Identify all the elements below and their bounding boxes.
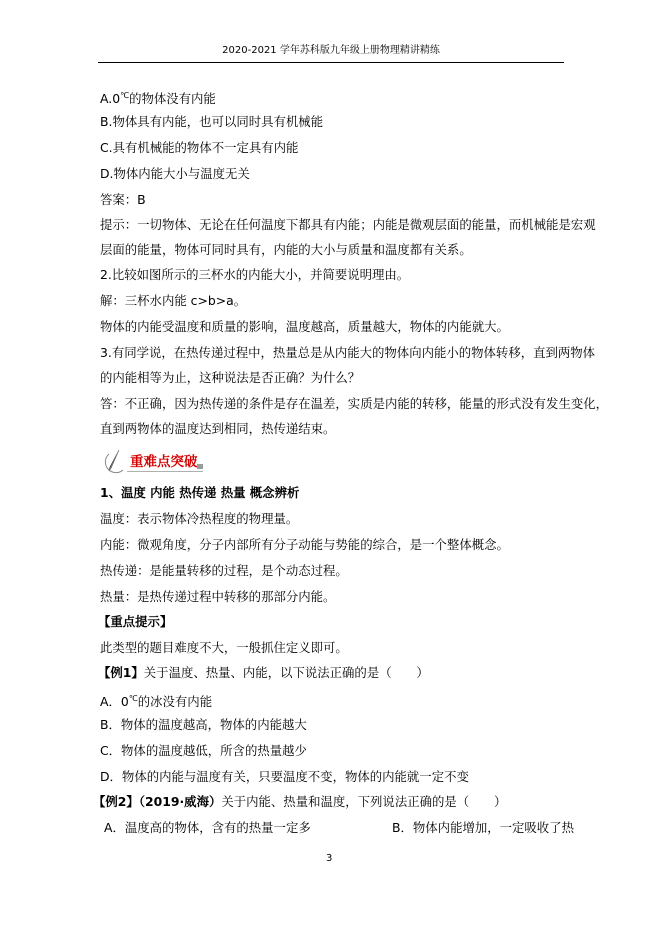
hint-line-1: 提示：一切物体、无论在任何温度下都具有内能；内能是微观层面的能量，而机械能是宏观	[100, 217, 596, 233]
question2-solution: 解：三杯水内能 c>b>a。	[100, 293, 246, 309]
banner-square-icon	[197, 464, 203, 469]
example1-option-d: D．物体的内能与温度有关，只要温度不变，物体的内能就一定不变	[100, 769, 469, 785]
question2-prompt: 2.比较如图所示的三杯水的内能大小，并简要说明理由。	[100, 267, 409, 283]
example1-option-c: C．物体的温度越低，所含的热量越少	[100, 743, 307, 759]
example2-question: 【例2】（2019·威海）关于内能、热量和温度，下列说法正确的是（ ）	[93, 794, 506, 810]
example2-option-b: B．物体内能增加，一定吸收了热	[392, 820, 574, 836]
degree-symbol: ℃	[120, 91, 129, 100]
question3-answer-line-2: 直到两物体的温度达到相同，热传递结束。	[100, 421, 335, 437]
answer-line: 答案：B	[100, 192, 146, 208]
option-a: A.0℃的物体没有内能	[100, 88, 216, 107]
example1-option-b: B．物体的温度越高，物体的内能越大	[100, 717, 307, 733]
example2-question-text: 关于内能、热量和温度，下列说法正确的是（ ）	[221, 794, 506, 809]
header-title: 2020-2021 学年苏科版九年级上册物理精讲精练	[222, 45, 440, 56]
pen-icon	[97, 448, 127, 476]
option-d: D.物体内能大小与温度无关	[100, 166, 250, 182]
example1-option-a-prefix: A．0	[100, 694, 129, 709]
example2-option-a: A．温度高的物体，含有的热量一定多	[104, 820, 311, 836]
banner-underline	[127, 471, 203, 472]
key-tip-text: 此类型的题目难度不大，一般抓住定义即可。	[100, 640, 348, 656]
example1-question: 【例1】关于温度、热量、内能，以下说法正确的是（ ）	[98, 665, 429, 681]
answer-value: B	[137, 192, 146, 207]
concept-internal-energy: 内能：微观角度，分子内部所有分子动能与势能的综合，是一个整体概念。	[100, 537, 509, 553]
concept-temperature: 温度：表示物体冷热程度的物理量。	[100, 511, 298, 527]
degree-symbol: ℃	[129, 694, 138, 703]
question2-explanation: 物体的内能受温度和质量的影响，温度越高，质量越大，物体的内能就大。	[100, 319, 509, 335]
example2-label: 【例2】	[93, 794, 139, 809]
option-c: C.具有机械能的物体不一定具有内能	[100, 140, 298, 156]
example2-source: （2019·威海）	[139, 794, 222, 809]
section-banner-title: 重难点突破	[130, 454, 198, 470]
option-a-text: 的物体没有内能	[129, 91, 216, 106]
page-number: 3	[326, 853, 332, 865]
concept-heat: 热量：是热传递过程中转移的那部分内能。	[100, 589, 335, 605]
key-tip-heading: 【重点提示】	[98, 614, 172, 630]
example1-question-text: 关于温度、热量、内能，以下说法正确的是（ ）	[144, 665, 429, 680]
concept-heading: 1、温度 内能 热传递 热量 概念辨析	[100, 485, 299, 501]
page-header: 2020-2021 学年苏科版九年级上册物理精讲精练	[98, 44, 564, 62]
option-b: B.物体具有内能，也可以同时具有机械能	[100, 114, 323, 130]
question3-line-1: 3.有同学说，在热传递过程中，热量总是从内能大的物体向内能小的物体转移，直到两物…	[100, 345, 595, 361]
section-banner: 重难点突破	[97, 448, 207, 476]
question3-answer-line-1: 答：不正确，因为热传递的条件是存在温差，实质是内能的转移，能量的形式没有发生变化…	[100, 396, 608, 412]
header-divider	[98, 62, 564, 63]
example1-label: 【例1】	[98, 665, 144, 680]
concept-heat-transfer: 热传递：是能量转移的过程，是个动态过程。	[100, 563, 348, 579]
option-a-prefix: A.0	[100, 91, 120, 106]
example1-option-a: A．0℃的冰没有内能	[100, 691, 212, 710]
question3-line-2: 的内能相等为止，这种说法是否正确？为什么？	[100, 370, 360, 386]
answer-label: 答案：	[100, 192, 137, 207]
example1-option-a-text: 的冰没有内能	[138, 694, 212, 709]
hint-line-2: 层面的能量，物体可同时具有，内能的大小与质量和温度都有关系。	[100, 242, 472, 258]
